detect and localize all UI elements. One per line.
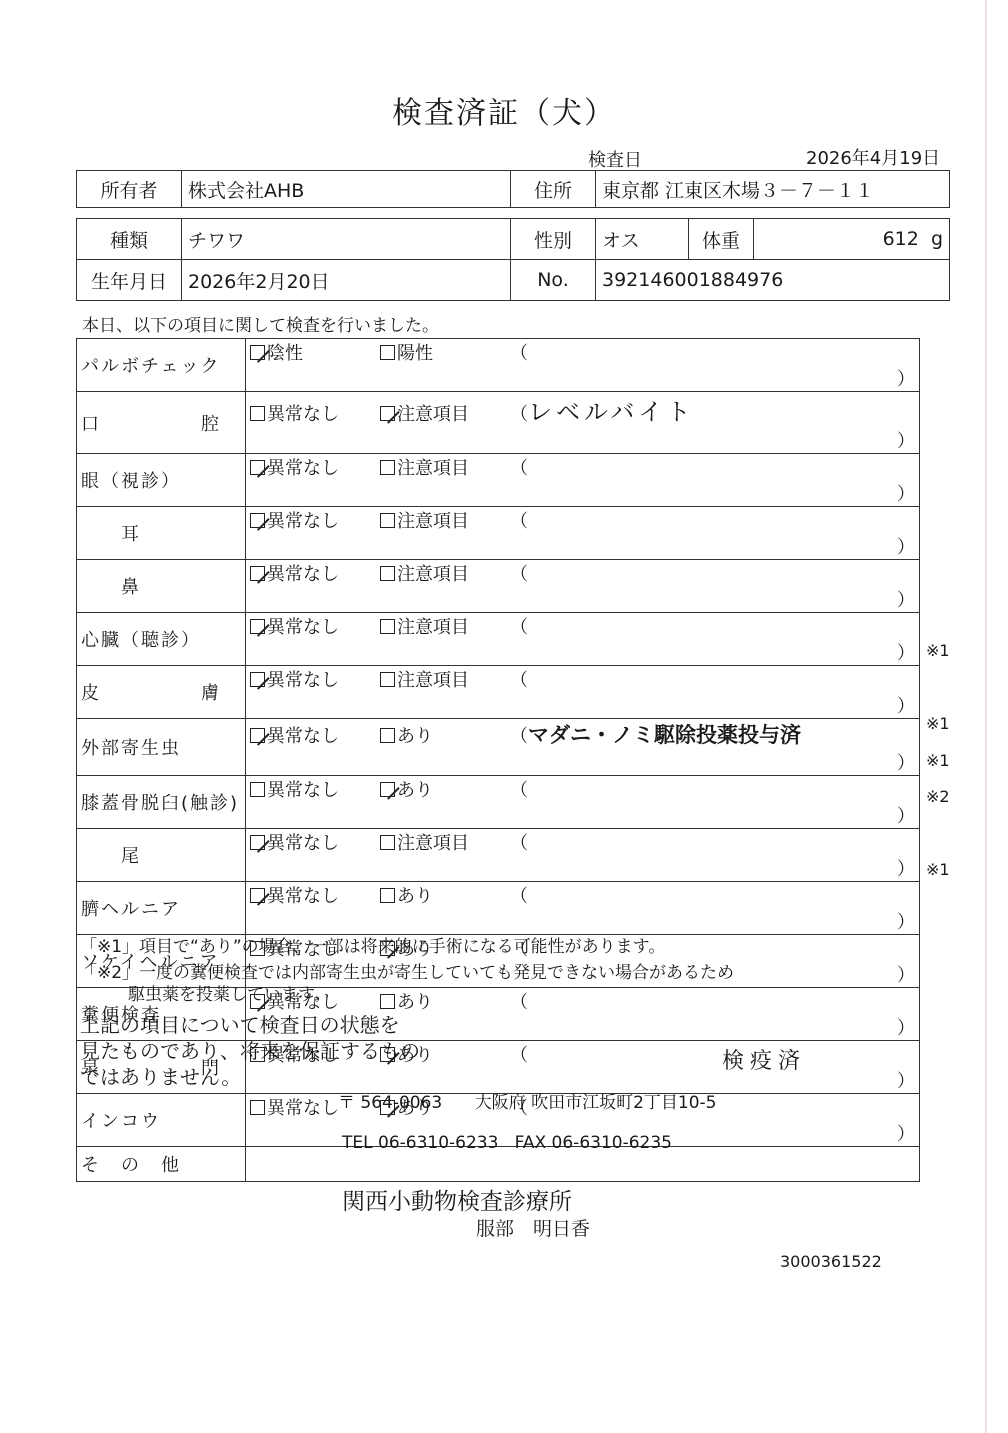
quarantine-stamp: 検疫済 [722, 1044, 806, 1075]
checkbox-icon[interactable] [380, 782, 395, 797]
note-1: 「※1」項目で“あり”の場合、一部は将来的に手術になる可能性があります。 [80, 932, 665, 957]
weight-cell: 612 g [754, 219, 950, 260]
option-2-label: あり [397, 992, 433, 1013]
exam-date-label: 検査日 [588, 146, 642, 172]
item-name: パルボチェック [77, 339, 246, 392]
option-2-label: 陽性 [397, 343, 433, 364]
page-title: 検査済証（犬） [0, 88, 1008, 132]
checkbox-icon[interactable] [380, 835, 395, 850]
option-2-label: あり [397, 886, 433, 907]
item-result: 異常なし注意項目（） [246, 829, 920, 882]
sex-value: オス [596, 219, 689, 260]
option-1-label: 異常なし [267, 1098, 339, 1119]
item-result: 異常なし注意項目（） [246, 507, 920, 560]
owner-value: 株式会社AHB [182, 171, 511, 208]
address-value: 東京都 江東区木場３－７－１１ [596, 171, 950, 208]
option-2-label: 注意項目 [397, 564, 469, 585]
weight-unit: g [931, 228, 943, 250]
checkbox-icon[interactable] [380, 672, 395, 687]
option-1-label: 異常なし [267, 833, 339, 854]
weight-value: 612 [883, 228, 919, 250]
no-label: No. [511, 260, 596, 301]
item-result: 異常なし注意項目（レベルバイト） [246, 392, 920, 454]
checkbox-icon[interactable] [380, 513, 395, 528]
option-1-label: 異常なし [267, 780, 339, 801]
checkbox-icon[interactable] [250, 345, 265, 360]
exam-row: 鼻異常なし注意項目（） [77, 560, 920, 613]
disclaimer: 上記の項目について検査日の状態を 見たものであり、将来を保証するもの ではありま… [80, 1012, 420, 1090]
option-1-label: 異常なし [267, 617, 339, 638]
option-2-label: 注意項目 [397, 458, 469, 479]
checkbox-icon[interactable] [380, 994, 395, 1009]
option-1-label: 異常なし [267, 511, 339, 532]
checkbox-icon[interactable] [250, 566, 265, 581]
exam-row: 心臓（聴診）異常なし注意項目（） [77, 613, 920, 666]
exam-row: パルボチェック陰性陽性（） [77, 339, 920, 392]
checkbox-icon[interactable] [250, 513, 265, 528]
breed-label: 種類 [77, 219, 182, 260]
checkbox-icon[interactable] [250, 782, 265, 797]
item-result: 異常なしあり（） [246, 882, 920, 935]
item-name: インコウ [77, 1094, 246, 1147]
weight-label: 体重 [689, 219, 754, 260]
checkbox-icon[interactable] [380, 888, 395, 903]
clinic-contact: TEL 06-6310-6233 FAX 06-6310-6235 [342, 1133, 672, 1153]
option-1-label: 陰性 [267, 343, 303, 364]
clinic-name: 関西小動物検査診療所 [342, 1183, 572, 1216]
exam-row: 皮 膚異常なし注意項目（） [77, 666, 920, 719]
item-name: 鼻 [77, 560, 246, 613]
checkbox-icon[interactable] [250, 460, 265, 475]
item-result: 異常なし注意項目（） [246, 666, 920, 719]
footnote-mark: ※1 [926, 714, 950, 733]
option-2-label: あり [397, 780, 433, 801]
sex-label: 性別 [511, 219, 596, 260]
clinic-address: 〒 564-0063 大阪府 吹田市江坂町2丁目10-5 [338, 1088, 717, 1113]
option-2-label: 注意項目 [397, 670, 469, 691]
checkbox-icon[interactable] [250, 888, 265, 903]
option-2-label: 注意項目 [397, 617, 469, 638]
pet-table: 種類 チワワ 性別 オス 体重 612 g 生年月日 2026年2月20日 No… [76, 218, 950, 301]
exam-row: 口 腔異常なし注意項目（レベルバイト） [77, 392, 920, 454]
item-result: 異常なし注意項目（） [246, 613, 920, 666]
checkbox-icon[interactable] [250, 1100, 265, 1115]
exam-row: 臍ヘルニア異常なしあり（） [77, 882, 920, 935]
postal-code: 〒 564-0063 [338, 1093, 442, 1113]
footnote-mark: ※1 [926, 860, 950, 879]
disclaimer-line-2: 見たものであり、将来を保証するもの [80, 1038, 420, 1064]
checkbox-icon[interactable] [250, 672, 265, 687]
checkbox-icon[interactable] [380, 406, 395, 421]
exam-row: 尾異常なし注意項目（） [77, 829, 920, 882]
option-2-label: 注意項目 [397, 511, 469, 532]
owner-table: 所有者 株式会社AHB 住所 東京都 江東区木場３－７－１１ [76, 170, 950, 208]
address-label: 住所 [511, 171, 596, 208]
footnote-mark: ※1 [926, 751, 950, 770]
scan-edge-line [985, 0, 987, 1433]
breed-value: チワワ [182, 219, 511, 260]
checkbox-icon[interactable] [380, 566, 395, 581]
checkbox-icon[interactable] [250, 619, 265, 634]
option-1-label: 異常なし [267, 564, 339, 585]
owner-label: 所有者 [77, 171, 182, 208]
footnote-mark: ※1 [926, 641, 950, 660]
item-name: 口 腔 [77, 392, 246, 454]
tel-number: TEL 06-6310-6233 [342, 1133, 498, 1153]
item-comment: マダニ・ノミ駆除投薬投与済 [528, 719, 908, 749]
checkbox-icon[interactable] [250, 835, 265, 850]
checkbox-icon[interactable] [250, 406, 265, 421]
item-result: 陰性陽性（） [246, 339, 920, 392]
fax-number: FAX 06-6310-6235 [515, 1133, 672, 1153]
item-name: 眼（視診） [77, 454, 246, 507]
exam-row: 外部寄生虫異常なしあり（マダニ・ノミ駆除投薬投与済） [77, 719, 920, 776]
exam-row: 眼（視診）異常なし注意項目（） [77, 454, 920, 507]
footnote-mark: ※2 [926, 787, 950, 806]
checkbox-icon[interactable] [380, 460, 395, 475]
serial-number: 3000361522 [780, 1252, 882, 1271]
item-name: 外部寄生虫 [77, 719, 246, 776]
checkbox-icon[interactable] [380, 728, 395, 743]
checkbox-icon[interactable] [250, 728, 265, 743]
street-address: 大阪府 吹田市江坂町2丁目10-5 [475, 1093, 717, 1113]
other-label: そ の 他 [77, 1147, 246, 1182]
item-comment: レベルバイト [528, 392, 908, 427]
item-name: 耳 [77, 507, 246, 560]
exam-date: 2026年4月19日 [806, 144, 940, 170]
option-2-label: 注意項目 [397, 833, 469, 854]
option-1-label: 異常なし [267, 458, 339, 479]
item-result: 異常なしあり（） [246, 776, 920, 829]
intro-text: 本日、以下の項目に関して検査を行いました。 [82, 311, 439, 336]
disclaimer-line-1: 上記の項目について検査日の状態を [80, 1012, 420, 1038]
birth-value: 2026年2月20日 [182, 260, 511, 301]
no-value: 392146001884976 [596, 260, 950, 301]
option-1-label: 異常なし [267, 726, 339, 747]
exam-row: 耳異常なし注意項目（） [77, 507, 920, 560]
note-2-continued: 駆虫薬を投薬しています。 [128, 980, 331, 1005]
option-2-label: あり [397, 726, 433, 747]
item-name: 尾 [77, 829, 246, 882]
item-result: 異常なし注意項目（） [246, 454, 920, 507]
item-name: 皮 膚 [77, 666, 246, 719]
option-1-label: 異常なし [267, 404, 339, 425]
disclaimer-line-3: ではありません。 [80, 1064, 420, 1090]
item-result: 異常なし注意項目（） [246, 560, 920, 613]
option-1-label: 異常なし [267, 670, 339, 691]
exam-row: 膝蓋骨脱臼(触診)異常なしあり（） [77, 776, 920, 829]
doctor-name: 服部 明日香 [476, 1214, 590, 1241]
option-1-label: 異常なし [267, 886, 339, 907]
checkbox-icon[interactable] [380, 345, 395, 360]
birth-label: 生年月日 [77, 260, 182, 301]
item-result: 異常なしあり（マダニ・ノミ駆除投薬投与済） [246, 719, 920, 776]
item-name: 膝蓋骨脱臼(触診) [77, 776, 246, 829]
option-2-label: 注意項目 [397, 404, 469, 425]
item-name: 心臓（聴診） [77, 613, 246, 666]
item-name: 臍ヘルニア [77, 882, 246, 935]
checkbox-icon[interactable] [380, 619, 395, 634]
